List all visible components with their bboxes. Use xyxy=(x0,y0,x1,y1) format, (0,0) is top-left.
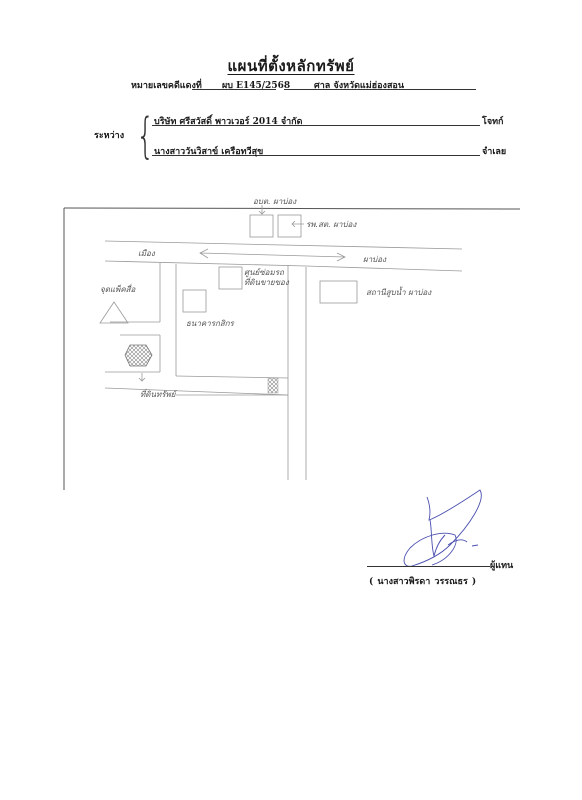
label-road-west: เมือง xyxy=(138,249,156,258)
pointer-arrow-icon xyxy=(139,373,145,381)
signature-line xyxy=(367,566,490,567)
signatory-name: ( นางสาวพิรดา วรรณธร ) xyxy=(369,574,476,588)
building-icon xyxy=(183,290,206,312)
tree-marker-icon xyxy=(268,378,278,393)
label-building-mid: ธนาคารกสิกร xyxy=(186,319,236,328)
location-map: อบต. ผาบ่อง รพ.สต. ผาบ่อง เมือง ผาบ่อง ศ… xyxy=(0,0,582,800)
label-top-building-right: รพ.สต. ผาบ่อง xyxy=(306,220,357,229)
pointer-arrow-icon xyxy=(259,205,265,214)
main-road-north-edge xyxy=(105,241,462,249)
pointer-arrow-icon xyxy=(292,221,304,227)
label-shop-top: ศูนย์ซ่อมรถ xyxy=(244,267,285,278)
signatory-role: ผู้แทน xyxy=(490,558,513,572)
signature-scribble xyxy=(404,490,481,566)
label-road-east: ผาบ่อง xyxy=(363,255,387,264)
map-frame-top xyxy=(64,208,520,209)
building-icon xyxy=(278,215,301,237)
label-shop-top-line2: ที่ดินขายของ xyxy=(244,276,290,287)
property-marker-icon xyxy=(125,345,152,366)
label-shop-left: จุดแพ็คสื่อ xyxy=(100,283,137,295)
building-icon xyxy=(219,267,242,289)
building-icon xyxy=(250,215,273,237)
label-property: ที่ดินทรัพย์ xyxy=(140,388,177,399)
building-icon xyxy=(320,281,357,303)
road-direction-arrow xyxy=(200,249,345,261)
triangle-landmark-icon xyxy=(100,302,128,323)
label-top-building: อบต. ผาบ่อง xyxy=(253,197,297,206)
label-building-right: สถานีสูบน้ำ ผาบ่อง xyxy=(366,286,432,298)
